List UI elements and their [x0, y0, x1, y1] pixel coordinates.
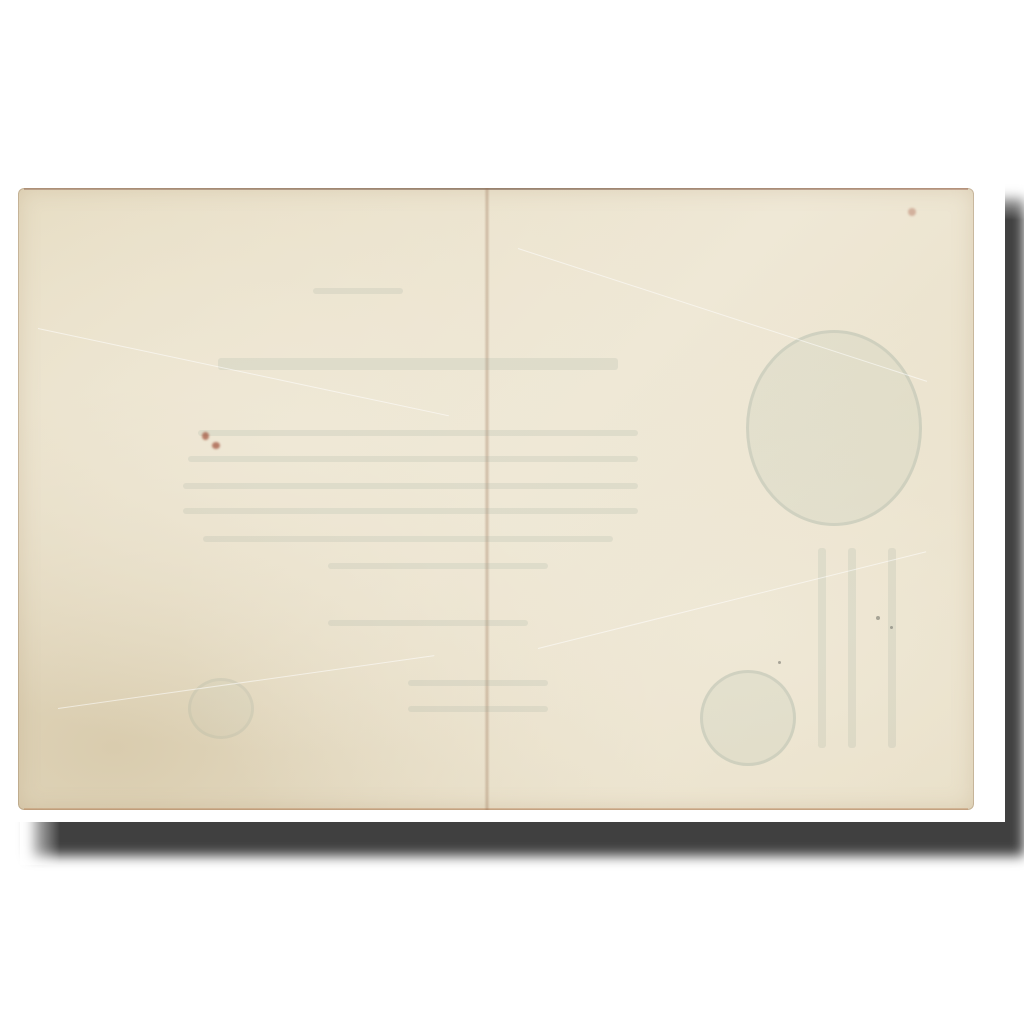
stain: [908, 208, 916, 216]
note-edge: [24, 188, 968, 190]
ghost-text-line: [328, 563, 548, 569]
center-fold: [484, 188, 490, 810]
ghost-seal: [746, 330, 922, 526]
shadow-fade: [20, 815, 60, 865]
ghost-text-line: [328, 620, 528, 626]
stain: [202, 432, 209, 440]
ghost-strip: [888, 548, 896, 748]
ghost-text-line: [313, 288, 403, 294]
crease: [38, 328, 449, 416]
ghost-text-line: [408, 680, 548, 686]
ghost-ornament: [188, 678, 254, 739]
banknote: [18, 188, 974, 810]
stain: [212, 442, 220, 449]
ghost-text-line: [218, 358, 618, 370]
ghost-text-line: [203, 536, 613, 542]
note-edge: [24, 808, 968, 810]
speck: [778, 661, 781, 664]
ghost-text-line: [183, 508, 638, 514]
crease: [538, 551, 926, 649]
ghost-text-line: [188, 456, 638, 462]
ghost-text-line: [198, 430, 638, 436]
photo-canvas: [0, 0, 1024, 1024]
speck: [890, 626, 893, 629]
ghost-strip: [848, 548, 856, 748]
ghost-text-line: [183, 483, 638, 489]
ghost-text-line: [408, 706, 548, 712]
speck: [876, 616, 880, 620]
ghost-seal: [700, 670, 796, 766]
